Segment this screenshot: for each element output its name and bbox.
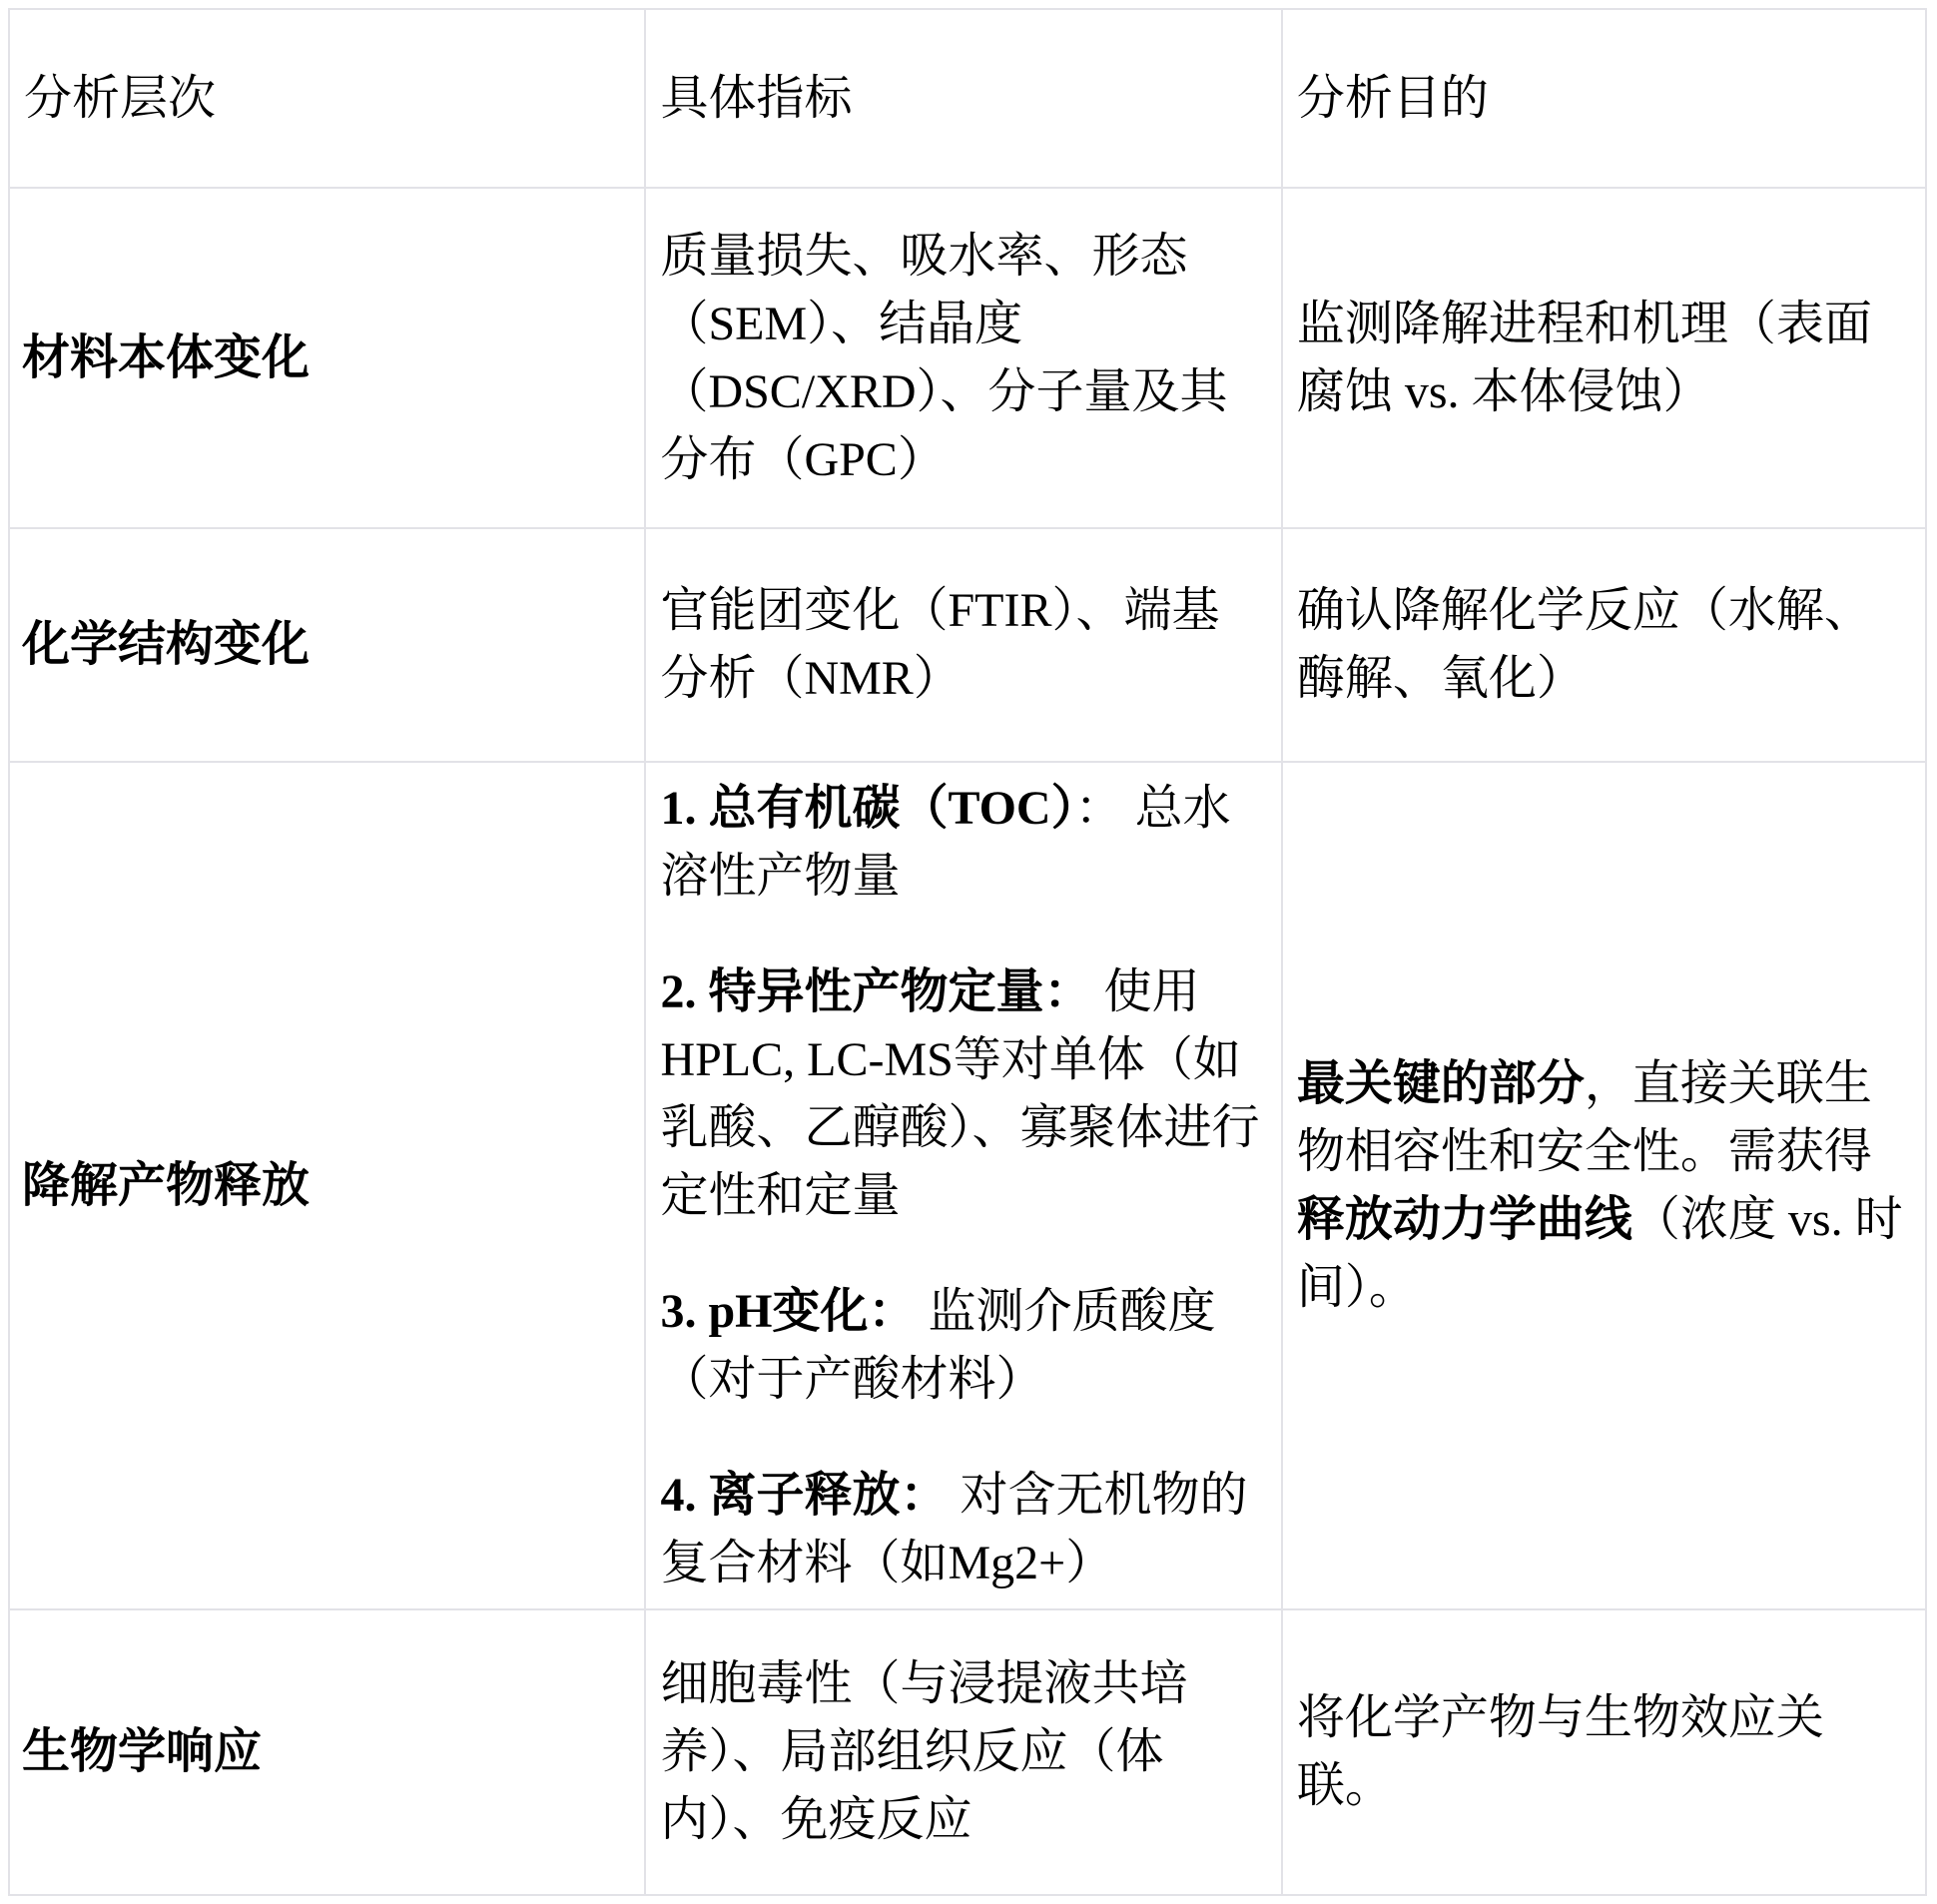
bold-text-run: 1. 总有机碳（TOC） xyxy=(660,782,1074,835)
column-header-analysis-level: 分析层次 xyxy=(9,9,645,188)
column-header-analysis-purpose: 分析目的 xyxy=(1282,9,1926,188)
bold-text-run: 2. 特异性产物定量： xyxy=(660,965,1091,1018)
text-run: 将化学产物与生物效应关联。 xyxy=(1297,1691,1824,1812)
cell-biological-response-indicators: 细胞毒性（与浸提液共培养）、局部组织反应（体内）、免疫反应 xyxy=(645,1609,1281,1895)
bold-text-run: 4. 离子释放： xyxy=(660,1469,948,1522)
table-row-degradation-products: 降解产物释放 1. 总有机碳（TOC）： 总水溶性产物量2. 特异性产物定量： … xyxy=(9,762,1926,1609)
paragraph: 1. 总有机碳（TOC）： 总水溶性产物量 xyxy=(660,775,1264,911)
table-row-biological-response: 生物学响应 细胞毒性（与浸提液共培养）、局部组织反应（体内）、免疫反应 将化学产… xyxy=(9,1609,1926,1895)
text-run: 官能团变化（FTIR）、端基分析（NMR） xyxy=(660,584,1219,705)
paragraph: 监测降解进程和机理（表面腐蚀 vs. 本体侵蚀） xyxy=(1297,291,1909,426)
paragraph: 最关键的部分，直接关联生物相容性和安全性。需获得释放动力学曲线（浓度 vs. 时… xyxy=(1297,1050,1909,1322)
row-label-chemical-structure: 化学结构变化 xyxy=(9,528,645,762)
cell-chemical-structure-indicators: 官能团变化（FTIR）、端基分析（NMR） xyxy=(645,528,1281,762)
text-run: 确认降解化学反应（水解、酶解、氧化） xyxy=(1297,584,1872,705)
row-label-biological-response: 生物学响应 xyxy=(9,1609,645,1895)
row-label-material-bulk: 材料本体变化 xyxy=(9,188,645,528)
column-header-specific-indicators: 具体指标 xyxy=(645,9,1281,188)
table-row-chemical-structure: 化学结构变化 官能团变化（FTIR）、端基分析（NMR） 确认降解化学反应（水解… xyxy=(9,528,1926,762)
text-run: 监测降解进程和机理（表面腐蚀 vs. 本体侵蚀） xyxy=(1297,298,1872,418)
text-run: 质量损失、吸水率、形态（SEM）、结晶度（DSC/XRD）、分子量及其分布（GP… xyxy=(660,230,1227,486)
bold-text-run: 释放动力学曲线 xyxy=(1297,1193,1632,1246)
paragraph: 3. pH变化： 监测介质酸度（对于产酸材料） xyxy=(660,1278,1264,1414)
cell-chemical-structure-purpose: 确认降解化学反应（水解、酶解、氧化） xyxy=(1282,528,1926,762)
cell-material-bulk-indicators: 质量损失、吸水率、形态（SEM）、结晶度（DSC/XRD）、分子量及其分布（GP… xyxy=(645,188,1281,528)
paragraph: 2. 特异性产物定量： 使用HPLC, LC-MS等对单体（如乳酸、乙醇酸）、寡… xyxy=(660,958,1264,1230)
row-label-degradation-products: 降解产物释放 xyxy=(9,762,645,1609)
paragraph: 细胞毒性（与浸提液共培养）、局部组织反应（体内）、免疫反应 xyxy=(660,1650,1264,1854)
paragraph: 将化学产物与生物效应关联。 xyxy=(1297,1684,1909,1820)
analysis-table: 分析层次 具体指标 分析目的 材料本体变化 质量损失、吸水率、形态（SEM）、结… xyxy=(8,8,1927,1896)
bold-text-run: 3. pH变化： xyxy=(660,1285,916,1338)
cell-material-bulk-purpose: 监测降解进程和机理（表面腐蚀 vs. 本体侵蚀） xyxy=(1282,188,1926,528)
header-row: 分析层次 具体指标 分析目的 xyxy=(9,9,1926,188)
cell-biological-response-purpose: 将化学产物与生物效应关联。 xyxy=(1282,1609,1926,1895)
page: 分析层次 具体指标 分析目的 材料本体变化 质量损失、吸水率、形态（SEM）、结… xyxy=(0,0,1937,1904)
cell-degradation-products-purpose: 最关键的部分，直接关联生物相容性和安全性。需获得释放动力学曲线（浓度 vs. 时… xyxy=(1282,762,1926,1609)
cell-degradation-products-indicators: 1. 总有机碳（TOC）： 总水溶性产物量2. 特异性产物定量： 使用HPLC,… xyxy=(645,762,1281,1609)
table-row-material-bulk: 材料本体变化 质量损失、吸水率、形态（SEM）、结晶度（DSC/XRD）、分子量… xyxy=(9,188,1926,528)
text-run: 细胞毒性（与浸提液共培养）、局部组织反应（体内）、免疫反应 xyxy=(660,1657,1187,1846)
bold-text-run: 最关键的部分 xyxy=(1297,1057,1585,1110)
paragraph: 官能团变化（FTIR）、端基分析（NMR） xyxy=(660,577,1264,713)
paragraph: 4. 离子释放： 对含无机物的复合材料（如Mg2+） xyxy=(660,1462,1264,1597)
paragraph: 确认降解化学反应（水解、酶解、氧化） xyxy=(1297,577,1909,713)
paragraph: 质量损失、吸水率、形态（SEM）、结晶度（DSC/XRD）、分子量及其分布（GP… xyxy=(660,223,1264,494)
